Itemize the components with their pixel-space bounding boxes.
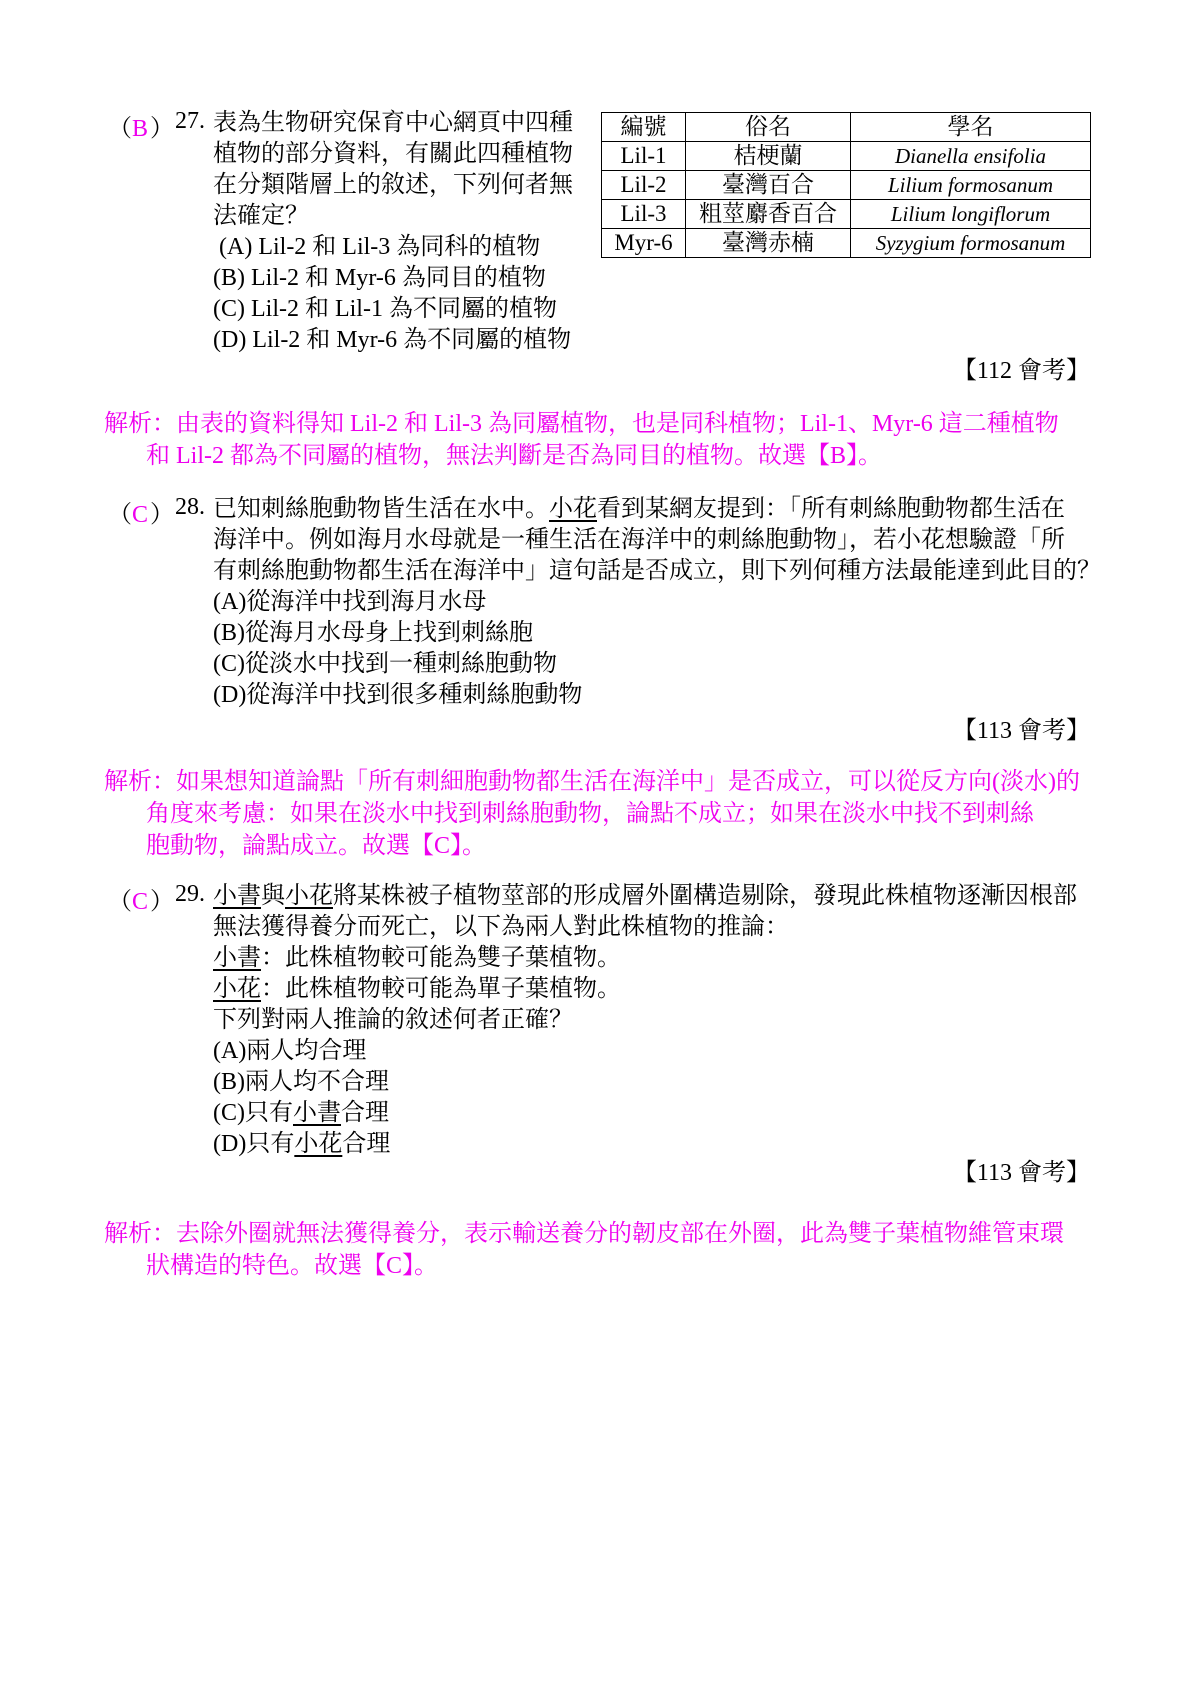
table-cell: 臺灣赤楠 — [686, 229, 851, 258]
paren: ） — [150, 116, 172, 142]
table-cell: 桔梗蘭 — [686, 142, 851, 171]
answer-letter: C — [130, 502, 150, 528]
answer-letter: C — [130, 889, 150, 915]
text-segment: (D)只有 — [213, 1131, 294, 1157]
text-line: 角度來考慮：如果在淡水中找到刺絲胞動物，論點不成立；如果在淡水中找不到刺絲 — [104, 798, 1104, 830]
text-line: (A)兩人均合理 — [213, 1036, 1104, 1067]
answer-indicator: （C） — [108, 494, 172, 529]
text-line: 解析：由表的資料得知 Lil-2 和 Lil-3 為同屬植物，也是同科植物；Li… — [104, 408, 1104, 440]
question-number: 29. — [175, 881, 205, 908]
text-line: (B)兩人均不合理 — [213, 1067, 1104, 1098]
underlined-name: 小書 — [293, 1100, 341, 1126]
question-29: （C） 29. 小書與小花將某株被子植物莖部的形成層外圍構造剔除，發現此株植物逐… — [104, 881, 1104, 1160]
paren: ） — [150, 502, 172, 528]
text-segment: 將某株被子植物莖部的形成層外圍構造剔除，發現此株植物逐漸因根部 — [333, 883, 1077, 909]
underlined-name: 小花 — [294, 1131, 342, 1157]
table-cell: Lil-3 — [602, 200, 686, 229]
text-line: 解析：去除外圈就無法獲得養分，表示輸送養分的韌皮部在外圈，此為雙子葉植物維管束環 — [104, 1218, 1104, 1250]
table-cell: Myr-6 — [602, 229, 686, 258]
text-line: (D)從海洋中找到很多種刺絲胞動物 — [213, 680, 1104, 711]
text-line: 小書與小花將某株被子植物莖部的形成層外圍構造剔除，發現此株植物逐漸因根部 — [213, 881, 1104, 912]
text-segment: 合理 — [341, 1100, 389, 1126]
text-line: 胞動物，論點成立。故選【C】。 — [104, 830, 1104, 862]
table-cell: 臺灣百合 — [686, 171, 851, 200]
question-text: 小書與小花將某株被子植物莖部的形成層外圍構造剔除，發現此株植物逐漸因根部無法獲得… — [213, 881, 1104, 1036]
text-line: (C)從淡水中找到一種刺絲胞動物 — [213, 649, 1104, 680]
exam-source-tag: 【113 會考】 — [953, 716, 1090, 746]
species-table: 編號俗名學名 Lil-1桔梗蘭Dianella ensifoliaLil-2臺灣… — [601, 112, 1091, 258]
table-cell: 粗莖麝香百合 — [686, 200, 851, 229]
question-number: 27. — [175, 108, 205, 135]
text-line: (A)從海洋中找到海月水母 — [213, 587, 1104, 618]
underlined-name: 小書 — [213, 945, 261, 971]
text-line: (D) Lil-2 和 Myr-6 為不同屬的植物 — [213, 325, 1104, 356]
paren: （ — [108, 116, 130, 142]
table-cell: Lilium longiflorum — [851, 200, 1091, 229]
table-row: Lil-1桔梗蘭Dianella ensifolia — [602, 142, 1091, 171]
text-line: (B)從海月水母身上找到刺絲胞 — [213, 618, 1104, 649]
analysis-27: 解析：由表的資料得知 Lil-2 和 Lil-3 為同屬植物，也是同科植物；Li… — [104, 408, 1104, 472]
table-cell: Lilium formosanum — [851, 171, 1091, 200]
answer-letter: B — [130, 116, 150, 142]
table-row: Lil-3粗莖麝香百合Lilium longiflorum — [602, 200, 1091, 229]
text-line: (C)只有小書合理 — [213, 1098, 1104, 1129]
question-options: (A)從海洋中找到海月水母(B)從海月水母身上找到刺絲胞(C)從淡水中找到一種刺… — [213, 587, 1104, 711]
question-number: 28. — [175, 494, 205, 521]
underlined-name: 小花 — [285, 883, 333, 909]
question-options: (A)兩人均合理(B)兩人均不合理(C)只有小書合理(D)只有小花合理 — [213, 1036, 1104, 1160]
table-header-cell: 俗名 — [686, 113, 851, 142]
text-segment: 已知刺絲胞動物皆生活在水中。 — [213, 496, 549, 522]
text-line: 海洋中。例如海月水母就是一種生活在海洋中的刺絲胞動物」，若小花想驗證「所 — [213, 525, 1104, 556]
text-line: 解析：如果想知道論點「所有刺細胞動物都生活在海洋中」是否成立，可以從反方向(淡水… — [104, 766, 1104, 798]
text-segment: ：此株植物較可能為雙子葉植物。 — [261, 945, 621, 971]
table-cell: Lil-1 — [602, 142, 686, 171]
text-segment: 與 — [261, 883, 285, 909]
text-line: 小書：此株植物較可能為雙子葉植物。 — [213, 943, 1104, 974]
text-line: 下列對兩人推論的敘述何者正確？ — [213, 1005, 1104, 1036]
table-header-cell: 編號 — [602, 113, 686, 142]
table-row: Myr-6臺灣赤楠Syzygium formosanum — [602, 229, 1091, 258]
text-segment: 看到某網友提到：「所有刺絲胞動物都生活在 — [597, 496, 1065, 522]
question-text: 已知刺絲胞動物皆生活在水中。小花看到某網友提到：「所有刺絲胞動物都生活在海洋中。… — [213, 494, 1104, 587]
answer-indicator: （C） — [108, 881, 172, 916]
table-header-cell: 學名 — [851, 113, 1091, 142]
text-segment: (C)只有 — [213, 1100, 293, 1126]
text-segment: 合理 — [342, 1131, 390, 1157]
analysis-28: 解析：如果想知道論點「所有刺細胞動物都生活在海洋中」是否成立，可以從反方向(淡水… — [104, 766, 1104, 862]
exam-source-tag: 【113 會考】 — [953, 1158, 1090, 1188]
answer-indicator: （B） — [108, 108, 172, 143]
underlined-name: 小書 — [213, 883, 261, 909]
underlined-name: 小花 — [549, 496, 597, 522]
table-body: Lil-1桔梗蘭Dianella ensifoliaLil-2臺灣百合Liliu… — [602, 142, 1091, 258]
text-line: (B) Lil-2 和 Myr-6 為同目的植物 — [213, 263, 1104, 294]
text-line: 狀構造的特色。故選【C】。 — [104, 1250, 1104, 1282]
text-line: 無法獲得養分而死亡，以下為兩人對此株植物的推論： — [213, 912, 1104, 943]
table-cell: Lil-2 — [602, 171, 686, 200]
table-cell: Syzygium formosanum — [851, 229, 1091, 258]
text-line: (C) Lil-2 和 Lil-1 為不同屬的植物 — [213, 294, 1104, 325]
table-header-row: 編號俗名學名 — [602, 113, 1091, 142]
analysis-29: 解析：去除外圈就無法獲得養分，表示輸送養分的韌皮部在外圈，此為雙子葉植物維管束環… — [104, 1218, 1104, 1282]
paren: （ — [108, 502, 130, 528]
text-line: (D)只有小花合理 — [213, 1129, 1104, 1160]
text-line: 有刺絲胞動物都生活在海洋中」這句話是否成立，則下列何種方法最能達到此目的？ — [213, 556, 1104, 587]
text-line: 小花：此株植物較可能為單子葉植物。 — [213, 974, 1104, 1005]
underlined-name: 小花 — [213, 976, 261, 1002]
paren: ） — [150, 889, 172, 915]
table-row: Lil-2臺灣百合Lilium formosanum — [602, 171, 1091, 200]
question-28: （C） 28. 已知刺絲胞動物皆生活在水中。小花看到某網友提到：「所有刺絲胞動物… — [104, 494, 1104, 711]
text-segment: ：此株植物較可能為單子葉植物。 — [261, 976, 621, 1002]
paren: （ — [108, 889, 130, 915]
text-line: 和 Lil-2 都為不同屬的植物，無法判斷是否為同目的植物。故選【B】。 — [104, 440, 1104, 472]
exam-source-tag: 【112 會考】 — [953, 356, 1090, 386]
table-cell: Dianella ensifolia — [851, 142, 1091, 171]
text-line: 已知刺絲胞動物皆生活在水中。小花看到某網友提到：「所有刺絲胞動物都生活在 — [213, 494, 1104, 525]
document-page: （B） 27. 表為生物研究保育中心網頁中四種植物的部分資料，有關此四種植物在分… — [0, 0, 1191, 1684]
